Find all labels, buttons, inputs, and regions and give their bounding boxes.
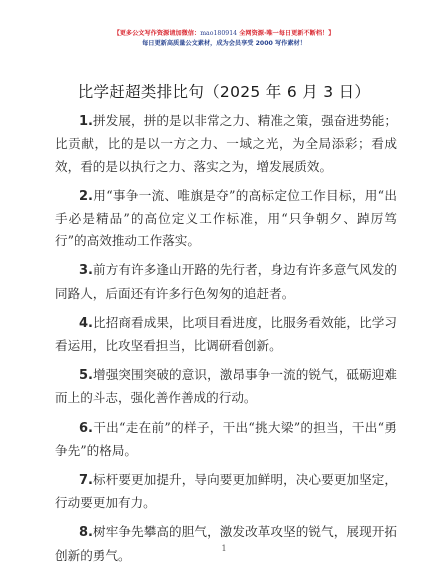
page-number: 1 [0, 544, 448, 553]
paragraph-number: 4. [79, 316, 93, 331]
paragraph-7: 7.标杆要更加提升，导向要更加鲜明，决心要更加坚定，行动要更加有力。 [55, 469, 397, 515]
document-page: 【更多公文写作资源请加微信：mao180914 全网资源·唯一每日更新不断档！】… [0, 0, 448, 580]
paragraph-3: 3.前方有许多逢山开路的先行者，身边有许多意气风发的同路人，后面还有许多行色匆匆… [55, 259, 397, 305]
paragraph-text: 前方有许多逢山开路的先行者，身边有许多意气风发的同路人，后面还有许多行色匆匆的追… [55, 262, 397, 300]
paragraph-6: 6.干出“走在前”的样子，干出“挑大梁”的担当，干出“勇争先”的格局。 [55, 417, 397, 463]
paragraph-text: 用“事争一流、唯旗是夺”的高标定位工作目标，用“出手必是精品”的高位定义工作标准… [55, 188, 397, 249]
paragraph-2: 2.用“事争一流、唯旗是夺”的高标定位工作目标，用“出手必是精品”的高位定义工作… [55, 185, 397, 253]
paragraph-5: 5.增强突围突破的意识，激昂事争一流的锐气，砥砺迎难而上的斗志，强化善作善成的行… [55, 364, 397, 410]
paragraph-number: 3. [79, 263, 93, 278]
paragraph-1: 1.拼发展，拼的是以非常之力、精准之策，强奋进势能；比贡献，比的是以一方之力、一… [55, 110, 397, 178]
document-body: 1.拼发展，拼的是以非常之力、精准之策，强奋进势能；比贡献，比的是以一方之力、一… [55, 110, 397, 574]
document-title: 比学赶超类排比句（2025 年 6 月 3 日） [0, 80, 448, 102]
promo-banner-line-2: 每日更新高质量公文素材，成为会员享受 2000 写作素材！ [0, 39, 448, 49]
paragraph-number: 5. [79, 368, 93, 383]
paragraph-number: 6. [79, 421, 93, 436]
paragraph-text: 拼发展，拼的是以非常之力、精准之策，强奋进势能；比贡献，比的是以一方之力、一域之… [55, 113, 397, 174]
wechat-id: mao180914 [200, 30, 237, 37]
promo-banner: 【更多公文写作资源请加微信：mao180914 全网资源·唯一每日更新不断档！】… [0, 29, 448, 49]
paragraph-number: 8. [79, 525, 93, 540]
paragraph-number: 2. [79, 189, 93, 204]
paragraph-text: 增强突围突破的意识，激昂事争一流的锐气，砥砺迎难而上的斗志，强化善作善成的行动。 [55, 367, 397, 405]
promo-prefix: 【更多公文写作资源请加微信： [114, 30, 201, 37]
paragraph-text: 干出“走在前”的样子，干出“挑大梁”的担当，干出“勇争先”的格局。 [55, 420, 397, 458]
promo-suffix: 全网资源·唯一每日更新不断档！】 [237, 30, 334, 37]
promo-banner-line-1: 【更多公文写作资源请加微信：mao180914 全网资源·唯一每日更新不断档！】 [0, 29, 448, 39]
paragraph-4: 4.比招商看成果，比项目看进度，比服务看效能，比学习看运用，比攻坚看担当，比调研… [55, 312, 397, 358]
paragraph-text: 标杆要更加提升，导向要更加鲜明，决心要更加坚定，行动要更加有力。 [55, 472, 397, 510]
paragraph-text: 比招商看成果，比项目看进度，比服务看效能，比学习看运用，比攻坚看担当，比调研看创… [55, 315, 397, 353]
paragraph-number: 7. [79, 473, 93, 488]
paragraph-number: 1. [79, 114, 93, 129]
